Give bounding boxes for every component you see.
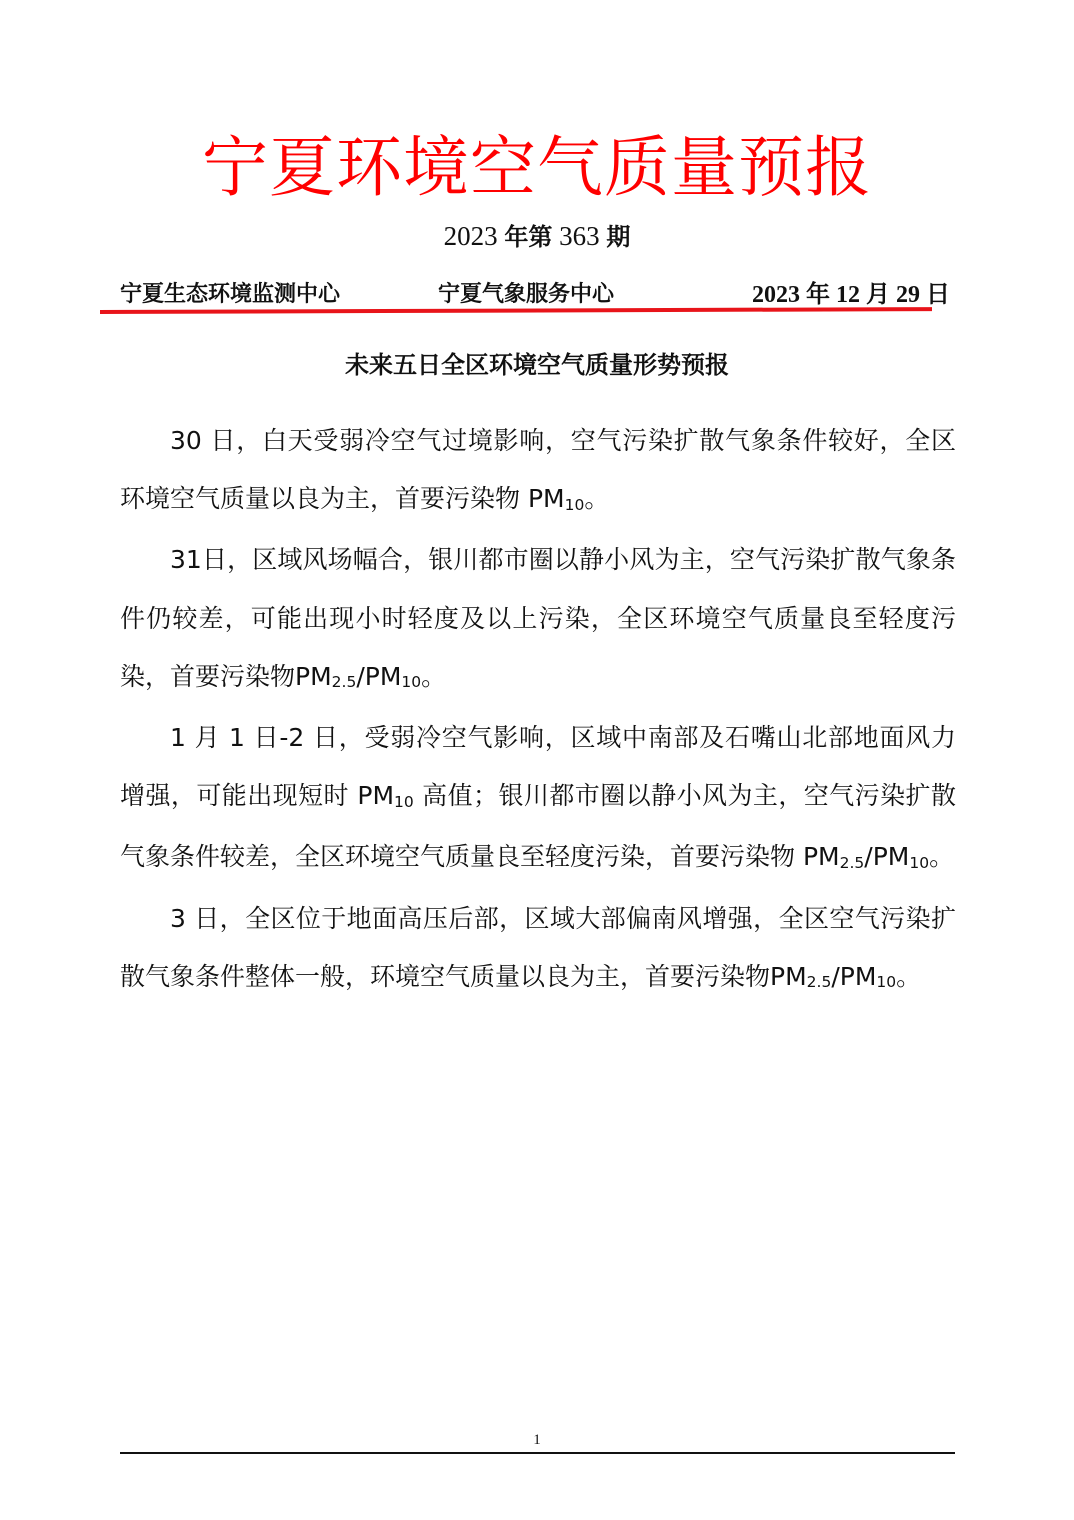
separator: / xyxy=(864,842,872,871)
forecast-paragraph-3rd: 3 日，全区位于地面高压后部，区域大部偏南风增强，全区空气污染扩散气象条件整体一… xyxy=(120,890,956,1009)
pollutant-label: PM xyxy=(803,842,840,871)
pollutant-subscript: 10 xyxy=(565,496,585,514)
paragraph-text: 。 xyxy=(929,842,954,871)
pollutant-label: PM xyxy=(365,662,402,691)
paragraph-text: 。 xyxy=(584,484,609,513)
pollutant-subscript: 10 xyxy=(401,673,421,691)
publisher-monitoring-center: 宁夏生态环境监测中心 xyxy=(120,278,340,312)
forecast-paragraph-30th: 30 日，白天受弱冷空气过境影响，空气污染扩散气象条件较好，全区环境空气质量以良… xyxy=(120,412,956,531)
issue-number: 2023 年第 363 期 xyxy=(0,218,1074,255)
pollutant-subscript: 2.5 xyxy=(332,673,357,691)
issue-year: 2023 xyxy=(444,221,498,251)
paragraph-text: 。 xyxy=(896,962,921,991)
section-title: 未来五日全区环境空气质量形势预报 xyxy=(0,348,1074,382)
pollutant-label: PM xyxy=(770,962,807,991)
pollutant-label: PM xyxy=(295,662,332,691)
pollutant-subscript: 10 xyxy=(909,854,929,872)
forecast-paragraph-jan-1-2: 1 月 1 日-2 日，受弱冷空气影响，区域中南部及石嘴山北部地面风力增强，可能… xyxy=(120,709,956,890)
paragraph-text: 31日，区域风场幅合，银川都市圈以静小风为主，空气污染扩散气象条件仍较差，可能出… xyxy=(120,545,956,690)
separator: / xyxy=(831,962,839,991)
pollutant-label: PM xyxy=(528,484,565,513)
issue-num-label: 期 xyxy=(606,223,630,251)
pollutant-subscript: 2.5 xyxy=(807,973,832,991)
issue-num: 363 xyxy=(559,221,600,251)
forecast-paragraph-31st: 31日，区域风场幅合，银川都市圈以静小风为主，空气污染扩散气象条件仍较差，可能出… xyxy=(120,531,956,709)
forecast-body: 30 日，白天受弱冷空气过境影响，空气污染扩散气象条件较好，全区环境空气质量以良… xyxy=(120,412,956,1009)
pollutant-label: PM xyxy=(357,781,394,810)
pollutant-label: PM xyxy=(840,962,877,991)
pollutant-subscript: 2.5 xyxy=(840,854,865,872)
separator: / xyxy=(356,662,364,691)
pollutant-label: PM xyxy=(873,842,910,871)
pollutant-subscript: 10 xyxy=(394,793,414,811)
footer-divider xyxy=(120,1452,955,1454)
page-number: 1 xyxy=(0,1430,1074,1450)
document-masthead-title: 宁夏环境空气质量预报 xyxy=(0,128,1074,208)
pollutant-subscript: 10 xyxy=(876,973,896,991)
issue-year-label: 年第 xyxy=(504,223,552,251)
paragraph-text: 。 xyxy=(421,662,446,691)
publisher-weather-center: 宁夏气象服务中心 xyxy=(438,278,614,312)
